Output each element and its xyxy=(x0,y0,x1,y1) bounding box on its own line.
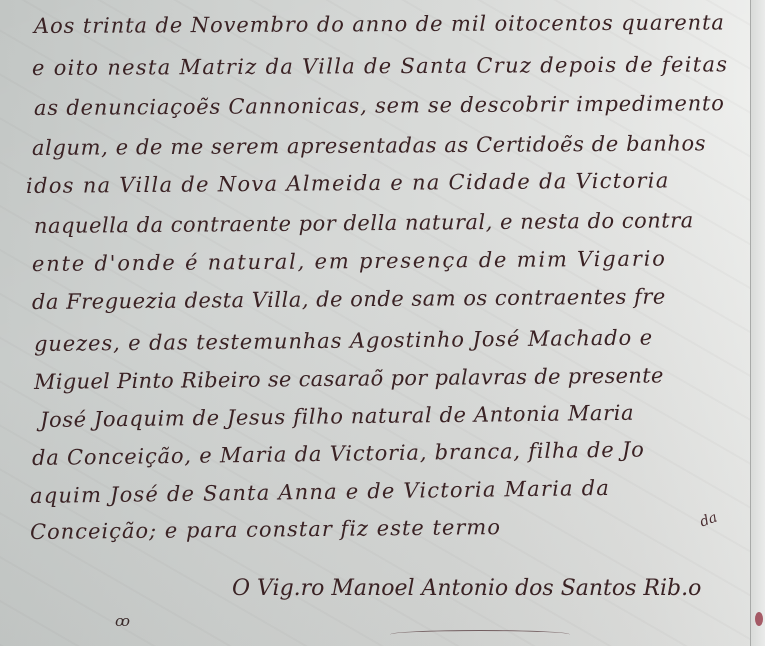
text-line-7: ente d'onde é natural, em presença de mi… xyxy=(32,246,667,276)
text-line-6: naquella da contraente por della natural… xyxy=(34,208,694,238)
next-page-edge xyxy=(750,0,765,646)
text-line-2: e oito nesta Matriz da Villa de Santa Cr… xyxy=(32,52,728,80)
text-line-5: idos na Villa de Nova Almeida e na Cidad… xyxy=(26,168,670,198)
text-line-8: da Freguezia desta Villa, de onde sam os… xyxy=(32,284,666,314)
text-line-12: da Conceição, e Maria da Victoria, branc… xyxy=(32,437,645,470)
ink-blot xyxy=(755,612,763,626)
text-line-11: José Joaquim de Jesus filho natural de A… xyxy=(40,401,634,432)
page-mark: ꝏ xyxy=(115,612,130,630)
signature-flourish xyxy=(390,630,570,639)
text-line-14: Conceição; e para constar fiz este termo xyxy=(30,515,501,544)
text-line-3: as denunciaçoẽs Cannonicas, sem se desco… xyxy=(34,91,725,120)
text-line-13: aquim José de Santa Anna e de Victoria M… xyxy=(30,476,610,508)
margin-note: da xyxy=(698,510,720,531)
text-line-10: Miguel Pinto Ribeiro se casaraõ por pala… xyxy=(34,363,664,394)
text-line-9: guezes, e das testemunhas Agostinho José… xyxy=(34,326,653,356)
text-line-4: algum, e de me serem apresentadas as Cer… xyxy=(32,131,706,160)
vicar-signature: O Vig.ro Manoel Antonio dos Santos Rib.o xyxy=(232,576,701,601)
document-page: Aos trinta de Novembro do anno de mil oi… xyxy=(0,0,752,646)
text-line-1: Aos trinta de Novembro do anno de mil oi… xyxy=(34,10,725,38)
